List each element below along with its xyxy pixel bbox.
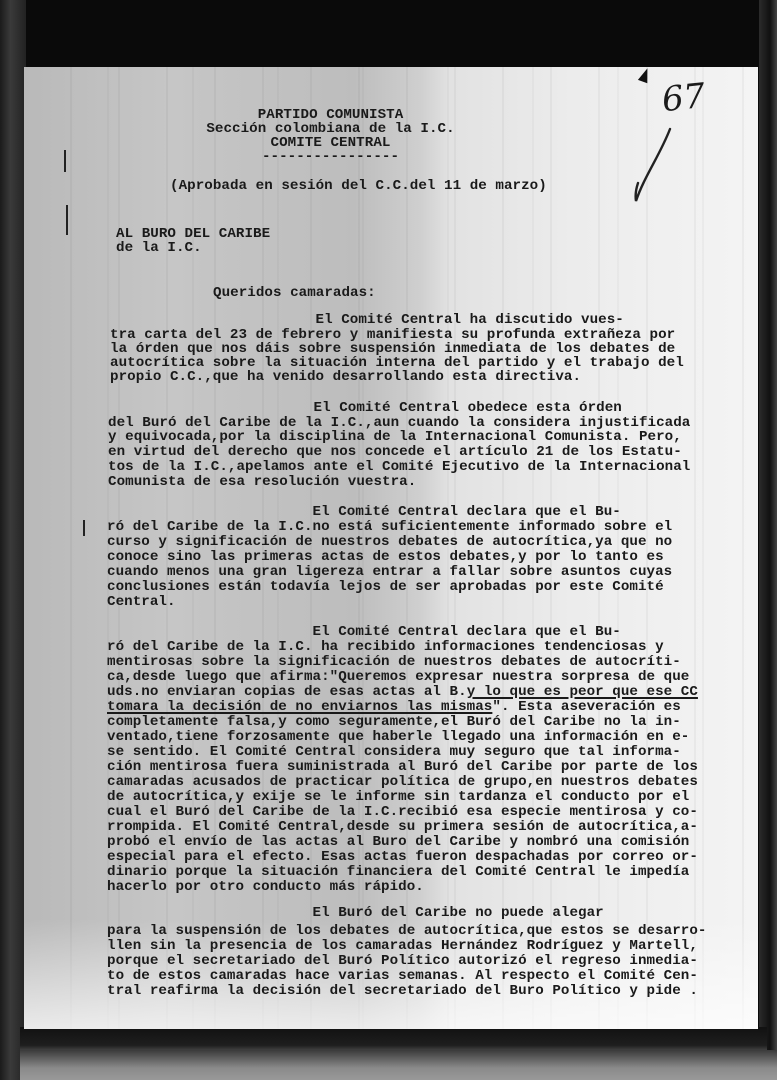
underlined-quote: tomara la decisión de no enviarnos las m…	[107, 699, 492, 715]
paragraph-line: El Comité Central declara que el Bu-	[107, 505, 621, 519]
handwritten-page-number: 67	[660, 76, 707, 120]
paragraph-line: de autocrítica,y exije se le informe sin…	[107, 790, 689, 804]
paragraph-line: cual el Buró del Caribe de la I.C.recibi…	[107, 805, 698, 819]
paragraph-line: hacerlo por otro conducto más rápido.	[107, 880, 424, 894]
paragraph-line: y equivocada,por la disciplina de la Int…	[108, 430, 682, 444]
margin-mark	[66, 205, 68, 235]
approval-note: (Aprobada en sesión del C.C.del 11 de ma…	[170, 179, 547, 193]
paragraph-line: especial para el efecto. Esas actas fuer…	[107, 850, 698, 864]
paragraph-line: ró del Caribe de la I.C.no está suficien…	[107, 520, 672, 534]
handwritten-check-mark-icon	[630, 125, 680, 205]
line-start: uds.no enviaran copias de esas actas al …	[107, 684, 467, 700]
paragraph-line: propio C.C.,que ha venido desarrollando …	[110, 370, 581, 384]
paragraph-line: dinario porque la situación financiera d…	[107, 865, 689, 879]
paragraph-line: en virtud del derecho que nos concede el…	[108, 445, 682, 459]
paragraph-line: ca,desde luego que afirma:"Queremos expr…	[107, 670, 689, 684]
paragraph-line: curso y significación de nuestros debate…	[107, 535, 672, 549]
paragraph-line: rrompida. El Comité Central,desde su pri…	[107, 820, 698, 834]
underlined-quote: y lo que es peor que ese CC	[467, 684, 698, 700]
paragraph-line: ró del Caribe de la I.C. ha recibido inf…	[107, 640, 664, 654]
paragraph-line: El Comité Central ha discutido vues-	[110, 313, 624, 327]
paragraph-line: camaradas acusados de practicar política…	[107, 775, 698, 789]
paragraph-line: ventado,tiene forzosamente que haberle l…	[107, 730, 689, 744]
paragraph-line: cuando menos una gran ligereza entrar a …	[107, 565, 672, 579]
addressee-line-2: de la I.C.	[116, 241, 202, 255]
line-end: ". Esta aseveración es	[492, 699, 680, 715]
paragraph-line: El Buró del Caribe no puede alegar	[107, 906, 604, 920]
paragraph-line: to de estos camaradas hace varias semana…	[107, 969, 698, 983]
paragraph-line: se sentido. El Comité Central considera …	[107, 745, 681, 759]
margin-mark	[64, 150, 66, 172]
scan-right-border	[759, 0, 777, 1080]
paragraph-line: para la suspensión de los debates de aut…	[107, 924, 706, 938]
paragraph-line: tos de la I.C.,apelamos ante el Comité E…	[108, 460, 690, 474]
scan-bottom-background	[20, 1050, 777, 1080]
margin-mark	[83, 520, 85, 536]
paragraph-line-with-underline: tomara la decisión de no enviarnos las m…	[107, 700, 681, 714]
paragraph-line: Comunista de esa resolución vuestra.	[108, 475, 416, 489]
paragraph-line: El Comité Central declara que el Bu-	[107, 625, 621, 639]
header-rule: ----------------	[0, 150, 719, 164]
paragraph-line: mentirosas sobre la significación de nue…	[107, 655, 681, 669]
paragraph-line: completamente falsa,y como seguramente,e…	[107, 715, 681, 729]
paragraph-line: tral reafirma la decisión del secretaria…	[107, 984, 698, 998]
paragraph-line: Central.	[107, 595, 176, 609]
salutation: Queridos camaradas:	[213, 286, 376, 300]
paragraph-line: conclusiones están todavía lejos de ser …	[107, 580, 664, 594]
paragraph-line: conoce sino las primeras actas de estos …	[107, 550, 664, 564]
paragraph-line: llen sin la presencia de los camaradas H…	[107, 939, 698, 953]
paragraph-line-with-underline: uds.no enviaran copias de esas actas al …	[107, 685, 698, 699]
paragraph-line: El Comité Central obedece esta órden	[108, 401, 622, 415]
paragraph-line: ción mentirosa fuera suministrada al Bur…	[107, 760, 698, 774]
paragraph-line: probó el envío de las actas al Buro del …	[107, 835, 689, 849]
paragraph-line: porque el secretariado del Buró Político…	[107, 954, 698, 968]
